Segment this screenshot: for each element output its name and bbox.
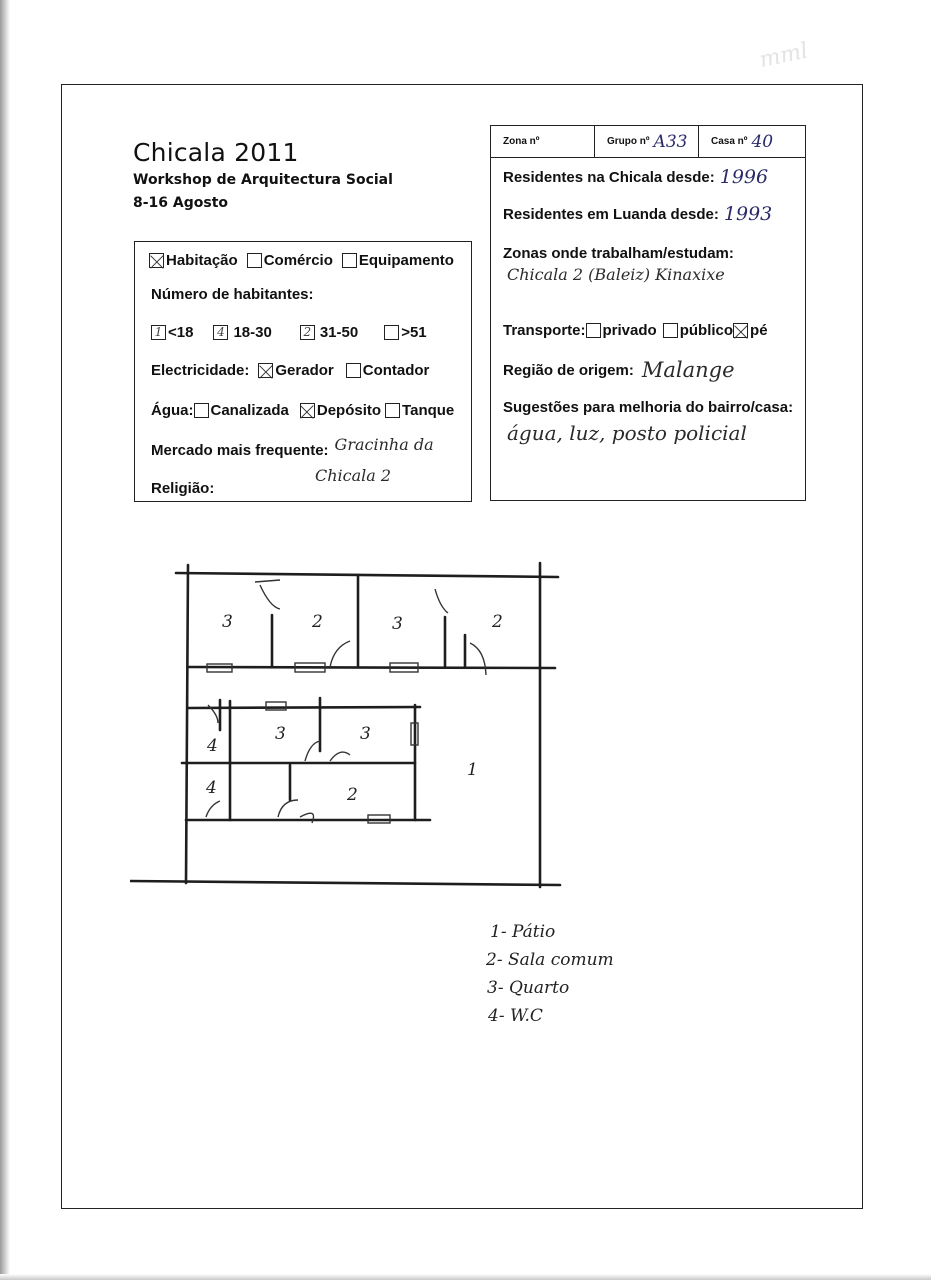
room-label: 2 [346, 785, 358, 805]
grupo-label: Grupo nº [607, 136, 650, 147]
room-label: 4 [206, 736, 218, 756]
zona-cell[interactable]: Zona nº [491, 126, 594, 157]
transport-checkbox-pe[interactable] [733, 323, 748, 338]
grupo-value: A33 [654, 132, 688, 152]
suggestions-label: Sugestões para melhoria do bairro/casa: [503, 399, 793, 416]
work-zones-value[interactable]: Chicala 2 (Baleiz) Kinaxixe [507, 265, 725, 284]
scan-edge [0, 0, 10, 1280]
usage-checkbox-comercio[interactable] [247, 253, 262, 268]
water-label: Água: [151, 402, 194, 419]
inhabitants-range-under18: <18 [168, 324, 193, 341]
transport-label-publico: público [680, 322, 733, 339]
inhabitants-range-over51: >51 [401, 324, 426, 341]
religion-label: Religião: [151, 480, 214, 497]
inhabitants-count-18-30[interactable]: 4 [213, 325, 228, 340]
floor-plan-legend: 1- Pátio 2- Sala comum 3- Quarto 4- W.C [490, 918, 614, 1030]
casa-label: Casa nº [711, 136, 747, 147]
id-header-row: Zona nº Grupo nº A33 Casa nº 40 [491, 126, 805, 158]
household-info-box: Habitação Comércio Equipamento Número de… [134, 241, 472, 502]
market-row: Mercado mais frequente: Gracinha da [151, 442, 434, 459]
inhabitants-count-31-50[interactable]: 2 [300, 325, 315, 340]
residents-chicala-value[interactable]: 1996 [720, 166, 768, 188]
room-label: 2 [311, 612, 323, 632]
floor-plan-sketch: 3 2 3 2 3 3 4 4 2 1 [130, 555, 570, 895]
room-label: 3 [392, 614, 403, 634]
origin-row: Região de origem: Malange [503, 358, 735, 382]
scan-edge-bottom [0, 1274, 931, 1280]
inhabitants-count-over51[interactable] [384, 325, 399, 340]
inhabitants-row: 1 <18 4 18-30 2 31-50 >51 [151, 324, 427, 341]
room-label: 3 [360, 724, 371, 744]
transport-label-pe: pé [750, 322, 768, 339]
water-label-canalizada: Canalizada [211, 402, 289, 419]
room-label: 2 [491, 612, 503, 632]
room-label: 3 [222, 612, 233, 632]
grupo-cell[interactable]: Grupo nº A33 [594, 126, 698, 157]
inhabitants-count-under18[interactable]: 1 [151, 325, 166, 340]
legend-item-wc: 4- W.C [488, 1002, 614, 1030]
electricity-checkbox-contador[interactable] [346, 363, 361, 378]
faint-handwritten-mark: mml [757, 32, 842, 82]
transport-label: Transporte: [503, 322, 586, 339]
residents-chicala-label: Residentes na Chicala desde: [503, 169, 715, 186]
usage-label-habitacao: Habitação [166, 252, 238, 269]
usage-row: Habitação Comércio Equipamento [149, 252, 454, 269]
electricity-label-contador: Contador [363, 362, 430, 379]
legend-item-patio: 1- Pátio [490, 918, 614, 946]
water-checkbox-deposito[interactable] [300, 403, 315, 418]
transport-row: Transporte: privado público pé [503, 322, 768, 339]
electricity-row: Electricidade: Gerador Contador [151, 362, 429, 379]
workshop-dates: 8-16 Agosto [133, 195, 228, 211]
inhabitants-range-18-30: 18-30 [233, 324, 271, 341]
usage-checkbox-habitacao[interactable] [149, 253, 164, 268]
residence-info-box: Zona nº Grupo nº A33 Casa nº 40 Resident… [490, 125, 806, 501]
residents-luanda-row: Residentes em Luanda desde: 1993 [503, 203, 772, 225]
suggestions-value[interactable]: água, luz, posto policial [507, 421, 747, 445]
legend-item-sala-comum: 2- Sala comum [486, 946, 614, 974]
room-label: 4 [205, 778, 217, 798]
page-subtitle: Workshop de Arquitectura Social [133, 172, 393, 188]
market-value-line2[interactable]: Chicala 2 [315, 466, 391, 485]
room-label: 3 [275, 724, 286, 744]
residents-luanda-value[interactable]: 1993 [724, 203, 772, 225]
residents-chicala-row: Residentes na Chicala desde: 1996 [503, 166, 768, 188]
usage-label-comercio: Comércio [264, 252, 333, 269]
origin-value[interactable]: Malange [642, 358, 735, 382]
work-zones-label: Zonas onde trabalham/estudam: [503, 245, 734, 262]
transport-checkbox-publico[interactable] [663, 323, 678, 338]
electricity-checkbox-gerador[interactable] [258, 363, 273, 378]
water-checkbox-tanque[interactable] [385, 403, 400, 418]
water-label-deposito: Depósito [317, 402, 381, 419]
zona-label: Zona nº [503, 136, 539, 147]
room-label: 1 [467, 760, 478, 780]
legend-item-quarto: 3- Quarto [487, 974, 614, 1002]
market-value-line1[interactable]: Gracinha da [335, 435, 434, 454]
residents-luanda-label: Residentes em Luanda desde: [503, 206, 719, 223]
religion-row: Religião: [151, 480, 214, 497]
origin-label: Região de origem: [503, 362, 634, 379]
electricity-label: Electricidade: [151, 362, 249, 379]
inhabitants-range-31-50: 31-50 [320, 324, 358, 341]
transport-label-privado: privado [603, 322, 657, 339]
market-label: Mercado mais frequente: [151, 442, 329, 459]
casa-cell[interactable]: Casa nº 40 [698, 126, 805, 157]
casa-value: 40 [751, 132, 773, 152]
inhabitants-label: Número de habitantes: [151, 286, 314, 303]
water-label-tanque: Tanque [402, 402, 454, 419]
transport-checkbox-privado[interactable] [586, 323, 601, 338]
page-title: Chicala 2011 [133, 138, 299, 167]
water-row: Água: Canalizada Depósito Tanque [151, 402, 454, 419]
water-checkbox-canalizada[interactable] [194, 403, 209, 418]
electricity-label-gerador: Gerador [275, 362, 333, 379]
usage-checkbox-equipamento[interactable] [342, 253, 357, 268]
usage-label-equipamento: Equipamento [359, 252, 454, 269]
